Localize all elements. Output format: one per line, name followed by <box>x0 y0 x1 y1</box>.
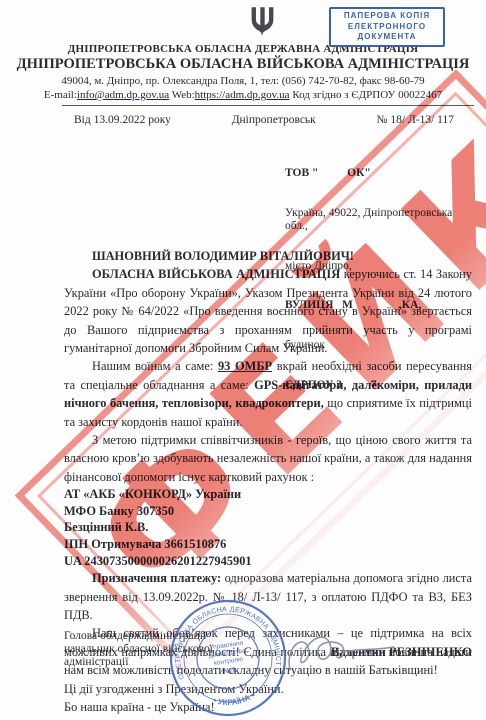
letter-date: Від 13.09.2022 року <box>74 114 171 126</box>
web-link[interactable]: https://adm.dp.gov.ua <box>195 89 290 101</box>
header-address: 49004, м. Дніпро, пр. Олександра Поля, 1… <box>0 75 486 87</box>
letter-number: № 18/ Л-13/ 117 <box>377 114 454 126</box>
handwritten-signature-icon <box>282 628 407 683</box>
military-unit: 93 ОМБР <box>218 359 272 373</box>
bank-holder: Безцінний К.В. <box>64 519 472 536</box>
trident-emblem-icon <box>249 5 276 39</box>
scan-edge-shadow <box>0 0 9 720</box>
bank-iban: UA 243073500000026201227945901 <box>64 553 472 570</box>
bank-name: АТ «АКБ «КОНКОРД» України <box>64 486 472 503</box>
email-link[interactable]: info@adm.dp.gov.ua <box>77 89 169 101</box>
header-contacts: E-mail:info@adm.dp.gov.ua Web:https://ad… <box>0 89 486 101</box>
paper-copy-stamp-line: ПАПЕРОВА КОПІЯ <box>344 11 430 22</box>
paragraph-legal-basis: ОБЛАСНА ВІЙСЬКОВА АДМІНІСТРАЦІЯ керуючис… <box>64 265 472 357</box>
seal-bottom-text: • УКРАЇНА • <box>211 690 257 710</box>
paragraph-support-account: З метою підтримки співвітчизників - геро… <box>64 431 472 486</box>
seal-inner-line: №1 <box>223 665 237 676</box>
svg-text:• УКРАЇНА •: • УКРАЇНА • <box>211 690 257 710</box>
paper-copy-stamp: ПАПЕРОВА КОПІЯ ЕЛЕКТРОННОГО ДОКУМЕНТА <box>329 7 445 47</box>
edrpou-code: Код згідно з ЄДРПОУ 00022467 <box>290 89 443 101</box>
email-label: E-mail: <box>44 89 77 101</box>
bank-ipn: ІПН Отримувача 3661510876 <box>64 536 472 553</box>
paper-copy-stamp-line: ЕЛЕКТРОННОГО <box>348 22 426 33</box>
bank-mfo: МФО Банку 307350 <box>64 503 472 520</box>
paragraph-equipment-request: Нашим воїнам а саме: 93 ОМБР вкрай необх… <box>64 357 472 431</box>
letter-city: Дніпропетровськ <box>232 114 316 126</box>
salutation: ШАНОВНИЙ ВОЛОДИМИР ВІТАЛІЙОВИЧ! <box>64 247 472 265</box>
recipient-country-region: Україна, 49022, Дніпропетровська обл., <box>285 207 475 233</box>
paper-copy-stamp-line: ДОКУМЕНТА <box>358 32 417 43</box>
letter-meta-row: Від 13.09.2022 року Дніпропетровськ № 18… <box>74 114 454 126</box>
round-seal-stamp: ДНІПРОПЕТРОВСЬКА ОБЛАСНА ДЕРЖАВНА АДМІНІ… <box>167 597 289 719</box>
header-divider <box>62 105 474 106</box>
web-label: Web: <box>169 89 195 101</box>
org-name-military-administration: ДНІПРОПЕТРОВСЬКА ОБЛАСНА ВІЙСЬКОВА АДМІН… <box>0 56 486 73</box>
recipient-company: ТОВ " ОК" <box>285 167 475 180</box>
